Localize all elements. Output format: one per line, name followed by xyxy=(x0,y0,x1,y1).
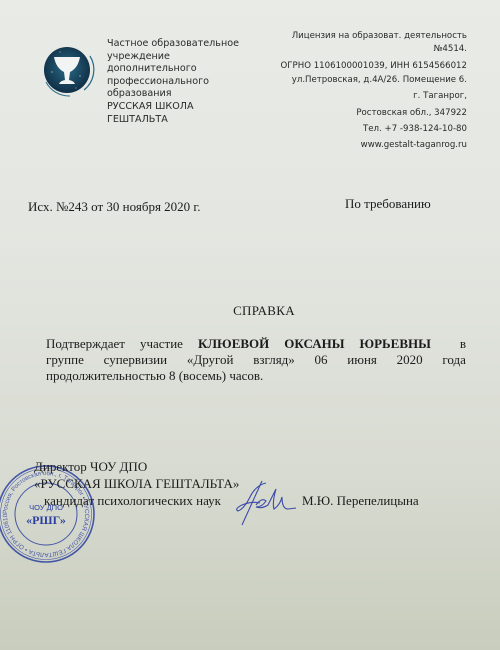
participant-patronymic: ЮРЬЕВНЫ xyxy=(359,336,430,352)
body-line-2: группе супервизии «Другой взгляд» 06 июн… xyxy=(46,352,466,368)
body-word: Подтверждает xyxy=(46,336,125,352)
handwritten-signature-icon xyxy=(232,475,302,531)
organization-quoted: «РУССКАЯ ШКОЛА ГЕШТАЛЬТА» xyxy=(34,475,239,492)
date-month: июня xyxy=(347,352,377,368)
addressee: По требованию xyxy=(345,196,431,212)
license-line: Лицензия на образоват. деятельность xyxy=(237,30,467,43)
svg-text:«РШГ»: «РШГ» xyxy=(26,513,66,527)
address-city: г. Таганрог, xyxy=(237,90,467,103)
body-word: участие xyxy=(140,336,183,352)
document-body: Подтверждает участие КЛЮЕВОЙ ОКСАНЫ ЮРЬЕ… xyxy=(46,336,466,384)
body-word: супервизии xyxy=(104,352,167,368)
goblet-faces-logo-icon xyxy=(40,42,96,98)
license-number: №4514. xyxy=(237,43,467,56)
phone: Тел. +7 -938-124-10-80 xyxy=(237,123,467,136)
participant-name: ОКСАНЫ xyxy=(284,336,344,352)
body-word: года xyxy=(442,352,466,368)
position-line: Директор ЧОУ ДПО xyxy=(34,458,239,475)
body-line-1: Подтверждает участие КЛЮЕВОЙ ОКСАНЫ ЮРЬЕ… xyxy=(46,336,466,352)
outgoing-reference: Исх. №243 от 30 ноября 2020 г. xyxy=(28,199,201,215)
date-year: 2020 xyxy=(397,352,423,368)
group-name: взгляд» xyxy=(253,352,295,368)
group-name: «Другой xyxy=(187,352,234,368)
body-word: в xyxy=(446,336,466,352)
website-link[interactable]: www.gestalt-taganrog.ru xyxy=(237,139,467,152)
academic-degree: кандидат психологических наук xyxy=(34,492,239,509)
document-title: СПРАВКА xyxy=(0,303,500,319)
date-day: 06 xyxy=(315,352,328,368)
address-street: ул.Петровская, д.4А/26. Помещение 6. xyxy=(237,74,467,87)
ogrn-inn: ОГРНО 1106100001039, ИНН 6154566012 xyxy=(237,60,467,73)
document-page: Частное образовательное учреждение допол… xyxy=(0,0,500,650)
signature-block: Директор ЧОУ ДПО «РУССКАЯ ШКОЛА ГЕШТАЛЬТ… xyxy=(34,458,239,509)
signatory-name: М.Ю. Перепелицына xyxy=(302,493,419,509)
contact-details: Лицензия на образоват. деятельность №451… xyxy=(237,30,467,152)
body-line-3: продолжительностью 8 (восемь) часов. xyxy=(46,368,466,384)
participant-surname: КЛЮЕВОЙ xyxy=(198,336,269,352)
address-region: Ростовская обл., 347922 xyxy=(237,107,467,120)
body-word: группе xyxy=(46,352,84,368)
